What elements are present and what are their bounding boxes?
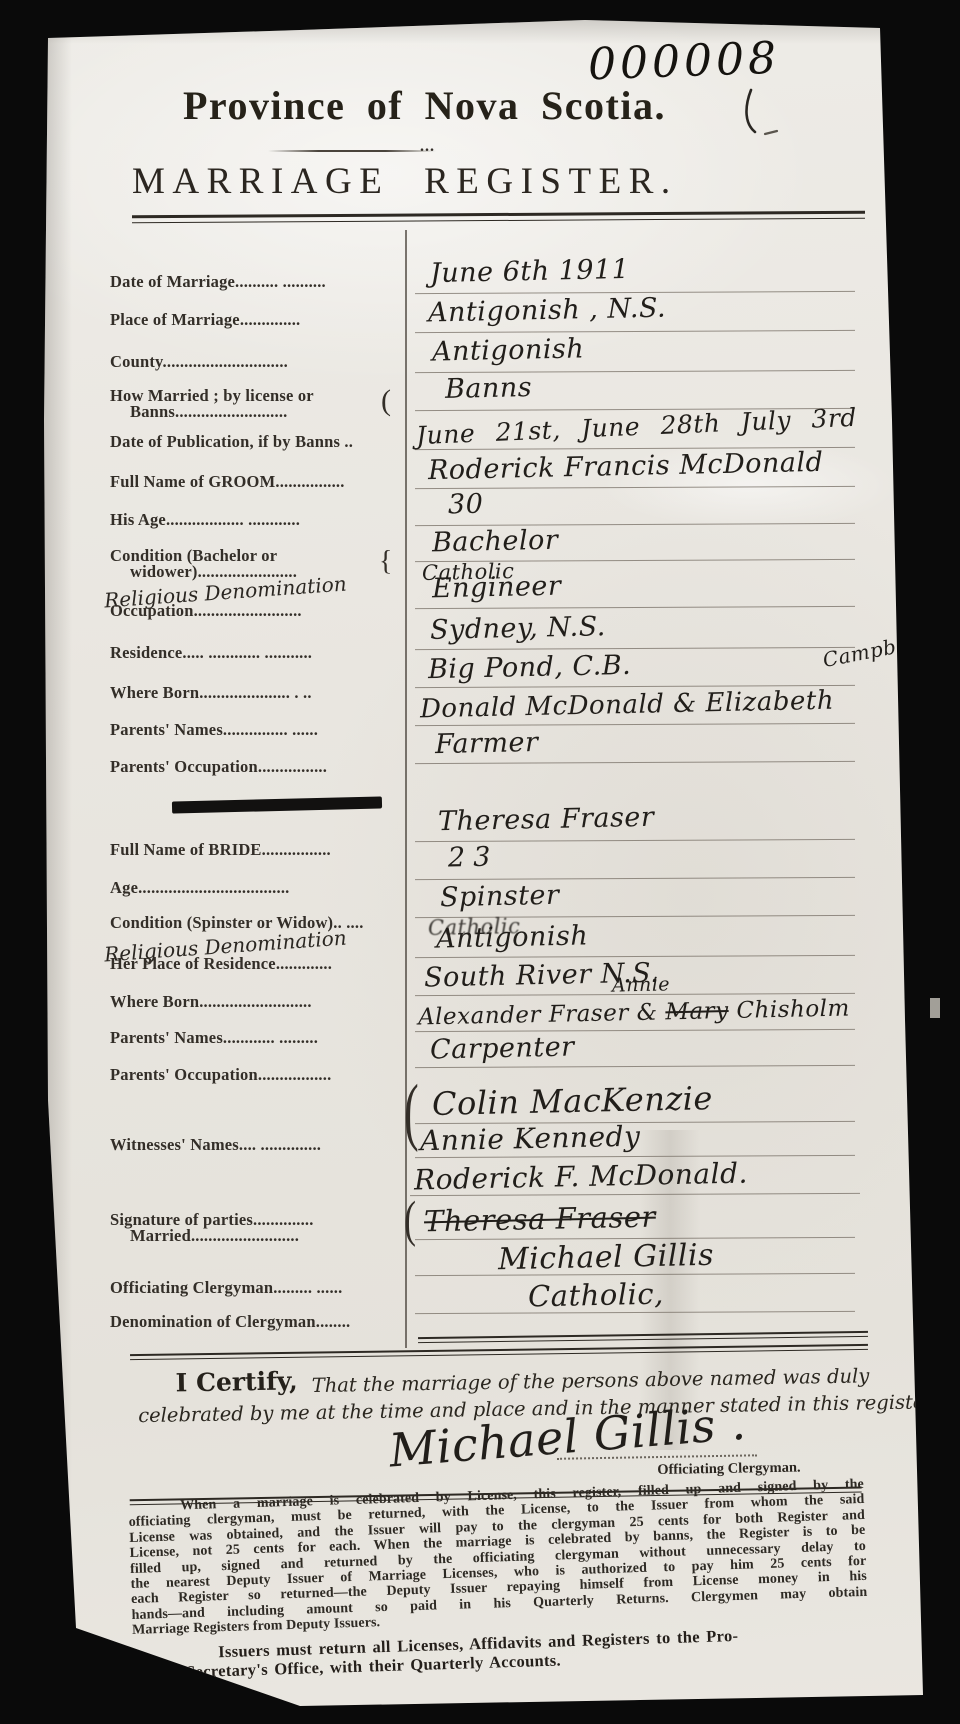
scan-artifact [930, 998, 940, 1018]
scanned-marriage-register: { "scan": { "serial_number": "000008" },… [0, 0, 960, 1724]
fine-print: When a marriage is celebrated by License… [128, 1477, 868, 1639]
certify-word: I Certify, [175, 1366, 298, 1397]
certification-block: I Certify, That the marriage of the pers… [0, 0, 960, 1724]
register-paper: 000008 Province of Nova Scotia. ... MARR… [0, 0, 960, 1724]
signature-caption: Officiating Clergyman. [657, 1460, 801, 1479]
